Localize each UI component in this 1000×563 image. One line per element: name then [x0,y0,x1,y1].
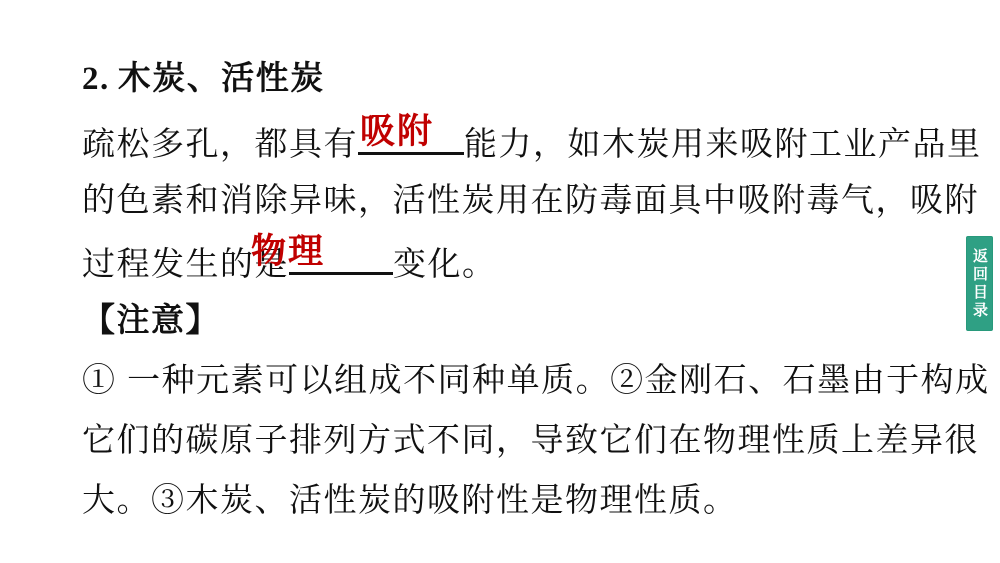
answer-text-1: 吸附 [360,114,434,150]
paragraph-line-2: 的色素和消除异味，活性炭用在防毒面具中吸附毒气，吸附 [82,178,979,222]
note-heading-text: 【注意】 [82,301,220,338]
fill-in-blank-2: 物理 [289,238,393,275]
section-title-text: 木炭、活性炭 [118,59,325,96]
note-line-1: ① 一种元素可以组成不同种单质。②金刚石、石墨由于构成 [82,358,990,402]
section-number: 2. [82,61,110,97]
note-line-1-text: ① 一种元素可以组成不同种单质。②金刚石、石墨由于构成 [82,361,990,398]
note-line-3-text: 大。③木炭、活性炭的吸附性是物理性质。 [82,481,738,518]
paragraph-line-3: 过程发生的是物理变化。 [82,238,497,286]
text-before-blank-1: 疏松多孔，都具有 [82,125,358,162]
note-line-2-text: 它们的碳原子排列方式不同，导致它们在物理性质上差异很 [82,421,979,458]
note-line-3: 大。③木炭、活性炭的吸附性是物理性质。 [82,478,738,522]
paragraph-line-2-text: 的色素和消除异味，活性炭用在防毒面具中吸附毒气，吸附 [82,181,979,218]
return-to-toc-button[interactable]: 返回目录 [966,236,993,331]
note-heading: 【注意】 [82,298,220,342]
note-line-2: 它们的碳原子排列方式不同，导致它们在物理性质上差异很 [82,418,979,462]
text-after-blank-2: 变化。 [393,245,497,282]
slide: 2.木炭、活性炭 疏松多孔，都具有吸附能力，如木炭用来吸附工业产品里 的色素和消… [0,0,1000,563]
answer-text-2: 物理 [251,234,325,270]
fill-in-blank-1: 吸附 [358,118,464,155]
section-title: 2.木炭、活性炭 [82,56,325,101]
text-after-blank-1: 能力，如木炭用来吸附工业产品里 [464,125,982,162]
paragraph-line-1: 疏松多孔，都具有吸附能力，如木炭用来吸附工业产品里 [82,118,982,166]
